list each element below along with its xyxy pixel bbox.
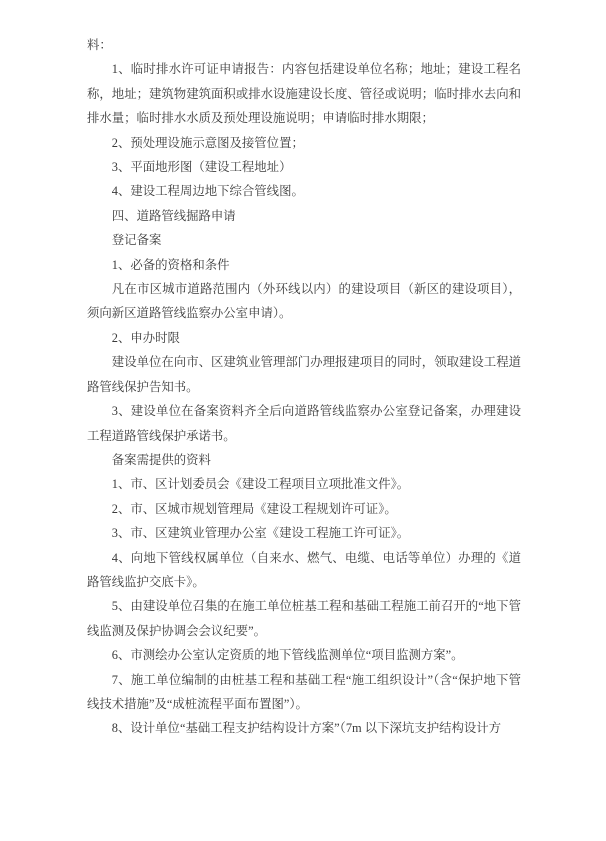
registration-heading: 登记备案 [87,228,521,252]
materials-heading: 备案需提供的资料 [87,448,521,472]
drainage-item-4: 4、建设工程周边地下综合管线图。 [87,179,521,203]
drainage-item-1: 1、临时排水许可证申请报告：内容包括建设单位名称；地址；建设工程名称，地址；建筑… [87,57,521,130]
material-item-6: 6、市测绘办公室认定资质的地下管线监测单位“项目监测方案”。 [87,643,521,667]
material-item-1: 1、市、区计划委员会《建设工程项目立项批准文件》。 [87,472,521,496]
material-item-5: 5、由建设单位召集的在施工单位桩基工程和基础工程施工前召开的“地下管线监测及保护… [87,594,521,643]
document-page: 料： 1、临时排水许可证申请报告：内容包括建设单位名称；地址；建设工程名称，地址… [0,0,606,841]
registration-item-2-body: 建设单位在向市、区建筑业管理部门办理报建项目的同时，领取建设工程道路管线保护告知… [87,350,521,399]
document-text-block: 料： 1、临时排水许可证申请报告：内容包括建设单位名称；地址；建设工程名称，地址… [87,33,521,741]
material-item-2: 2、市、区城市规划管理局《建设工程规划许可证》。 [87,497,521,521]
registration-item-1-body: 凡在市区城市道路范围内（外环线以内）的建设项目（新区的建设项目），须向新区道路管… [87,277,521,326]
material-item-3: 3、市、区建筑业管理办公室《建设工程施工许可证》。 [87,521,521,545]
material-item-4: 4、向地下管线权属单位（自来水、燃气、电缆、电话等单位）办理的《道路管线监护交底… [87,546,521,595]
drainage-item-2: 2、预处理设施示意图及接管位置； [87,131,521,155]
drainage-item-3: 3、平面地形图（建设工程地址） [87,155,521,179]
registration-item-2-heading: 2、申办时限 [87,326,521,350]
material-item-8: 8、设计单位“基础工程支护结构设计方案”（7m 以下深坑支护结构设计方 [87,716,521,740]
continuation-text: 料： [87,33,521,57]
registration-item-3: 3、建设单位在备案资料齐全后向道路管线监察办公室登记备案，办理建设工程道路管线保… [87,399,521,448]
section-4-heading: 四、道路管线掘路申请 [87,204,521,228]
registration-item-1-heading: 1、必备的资格和条件 [87,253,521,277]
material-item-7: 7、施工单位编制的由桩基工程和基础工程“施工组织设计”（含“保护地下管线技术措施… [87,668,521,717]
